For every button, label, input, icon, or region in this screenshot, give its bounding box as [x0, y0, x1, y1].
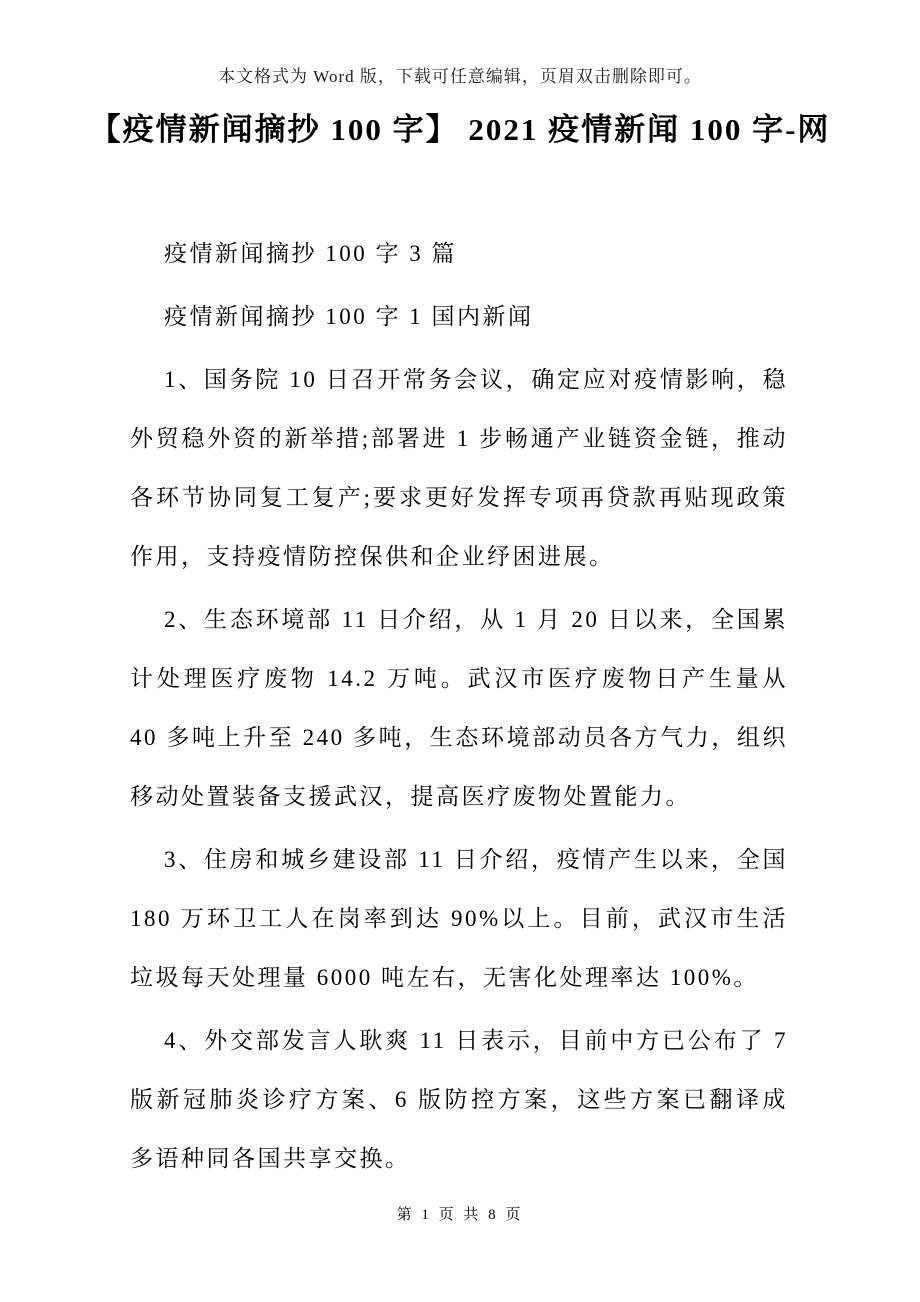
- body-paragraph-1: 1、国务院 10 日召开常务会议，确定应对疫情影响，稳外贸稳外资的新举措;部署进…: [130, 350, 788, 586]
- page-number-footer: 第 1 页 共 8 页: [0, 1203, 920, 1224]
- document-format-note: 本文格式为 Word 版，下载可任意编辑，页眉双击删除即可。: [0, 62, 920, 87]
- document-body: 疫情新闻摘抄 100 字 3 篇 疫情新闻摘抄 100 字 1 国内新闻 1、国…: [130, 224, 788, 1192]
- body-paragraph-4: 4、外交部发言人耿爽 11 日表示，目前中方已公布了 7 版新冠肺炎诊疗方案、6…: [130, 1011, 788, 1188]
- word-document-page: 本文格式为 Word 版，下载可任意编辑，页眉双击删除即可。 【疫情新闻摘抄 1…: [0, 0, 920, 1302]
- heading-line-guonei-xinwen: 疫情新闻摘抄 100 字 1 国内新闻: [130, 287, 788, 346]
- body-paragraph-3: 3、住房和城乡建设部 11 日介绍，疫情产生以来，全国 180 万环卫工人在岗率…: [130, 830, 788, 1007]
- document-title: 【疫情新闻摘抄 100 字】 2021 疫情新闻 100 字-网: [0, 104, 920, 149]
- heading-line-3pian: 疫情新闻摘抄 100 字 3 篇: [130, 224, 788, 283]
- body-paragraph-2: 2、生态环境部 11 日介绍，从 1 月 20 日以来，全国累计处理医疗废物 1…: [130, 590, 788, 826]
